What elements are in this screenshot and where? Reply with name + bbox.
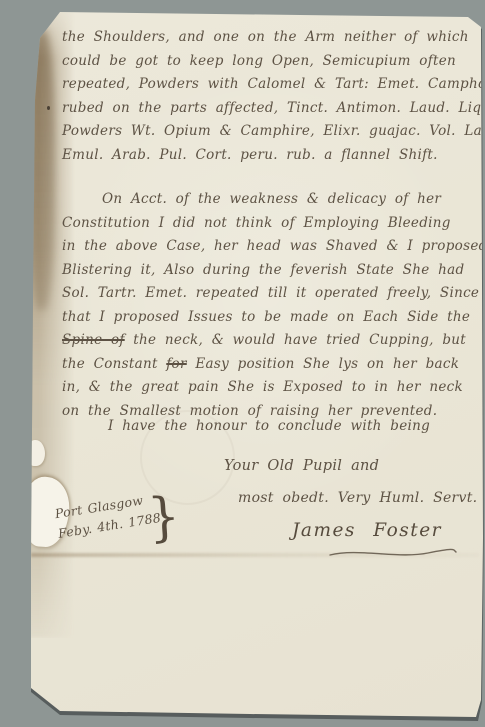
- text-line: Sol. Tartr. Emet. repeated till it opera…: [62, 282, 485, 306]
- text-line: Emul. Arab. Pul. Cort. peru. rub. a flan…: [62, 144, 485, 168]
- text-line: rubed on the parts affected, Tinct. Anti…: [62, 97, 485, 121]
- text-line: that I proposed Issues to be made on Eac…: [62, 306, 485, 330]
- text-line: Blistering it, Also during the feverish …: [62, 259, 485, 283]
- left-edge-stain-dark: [29, 30, 55, 310]
- signoff-line-2: most obedt. Very Huml. Servt.: [238, 490, 477, 506]
- photo-background: the Shoulders, and one on the Arm neithe…: [0, 0, 485, 727]
- text-line: the Shoulders, and one on the Arm neithe…: [62, 26, 485, 50]
- text-segment: the Constant: [62, 356, 166, 372]
- torn-nick: [27, 440, 45, 466]
- closing-line: I have the honour to conclude with being: [108, 418, 430, 434]
- text-line: in the above Case, her head was Shaved &…: [62, 235, 485, 259]
- text-line: could be got to keep long Open, Semicupi…: [62, 50, 485, 74]
- letter-page: the Shoulders, and one on the Arm neithe…: [0, 0, 485, 727]
- text-line: repeated, Powders with Calomel & Tart: E…: [62, 73, 485, 97]
- text-line: in, & the great pain She is Exposed to i…: [62, 376, 485, 400]
- text-line: Constitution I did not think of Employin…: [62, 212, 485, 236]
- paragraph-2: On Acct. of the weakness & delicacy of h…: [62, 188, 485, 423]
- text-line: On Acct. of the weakness & delicacy of h…: [62, 188, 485, 212]
- struck-text: Spine of: [62, 332, 125, 348]
- signature-flourish: [328, 546, 458, 560]
- signoff-line-1: Your Old Pupil and: [224, 458, 379, 474]
- text-segment: the neck, & would have tried Cupping, bu…: [125, 332, 466, 348]
- dateline-brace: }: [146, 486, 182, 549]
- text-line-with-deletion: the Constant for Easy position She lys o…: [62, 353, 485, 377]
- text-line: Powders Wt. Opium & Camphire, Elixr. gua…: [62, 120, 485, 144]
- ink-speck: [47, 106, 50, 110]
- signature: James Foster: [292, 520, 442, 541]
- text-line-with-deletion: Spine of the neck, & would have tried Cu…: [62, 329, 485, 353]
- struck-text: for: [166, 356, 186, 372]
- paragraph-1: the Shoulders, and one on the Arm neithe…: [62, 26, 485, 167]
- text-segment: Easy position She lys on her back: [187, 356, 459, 372]
